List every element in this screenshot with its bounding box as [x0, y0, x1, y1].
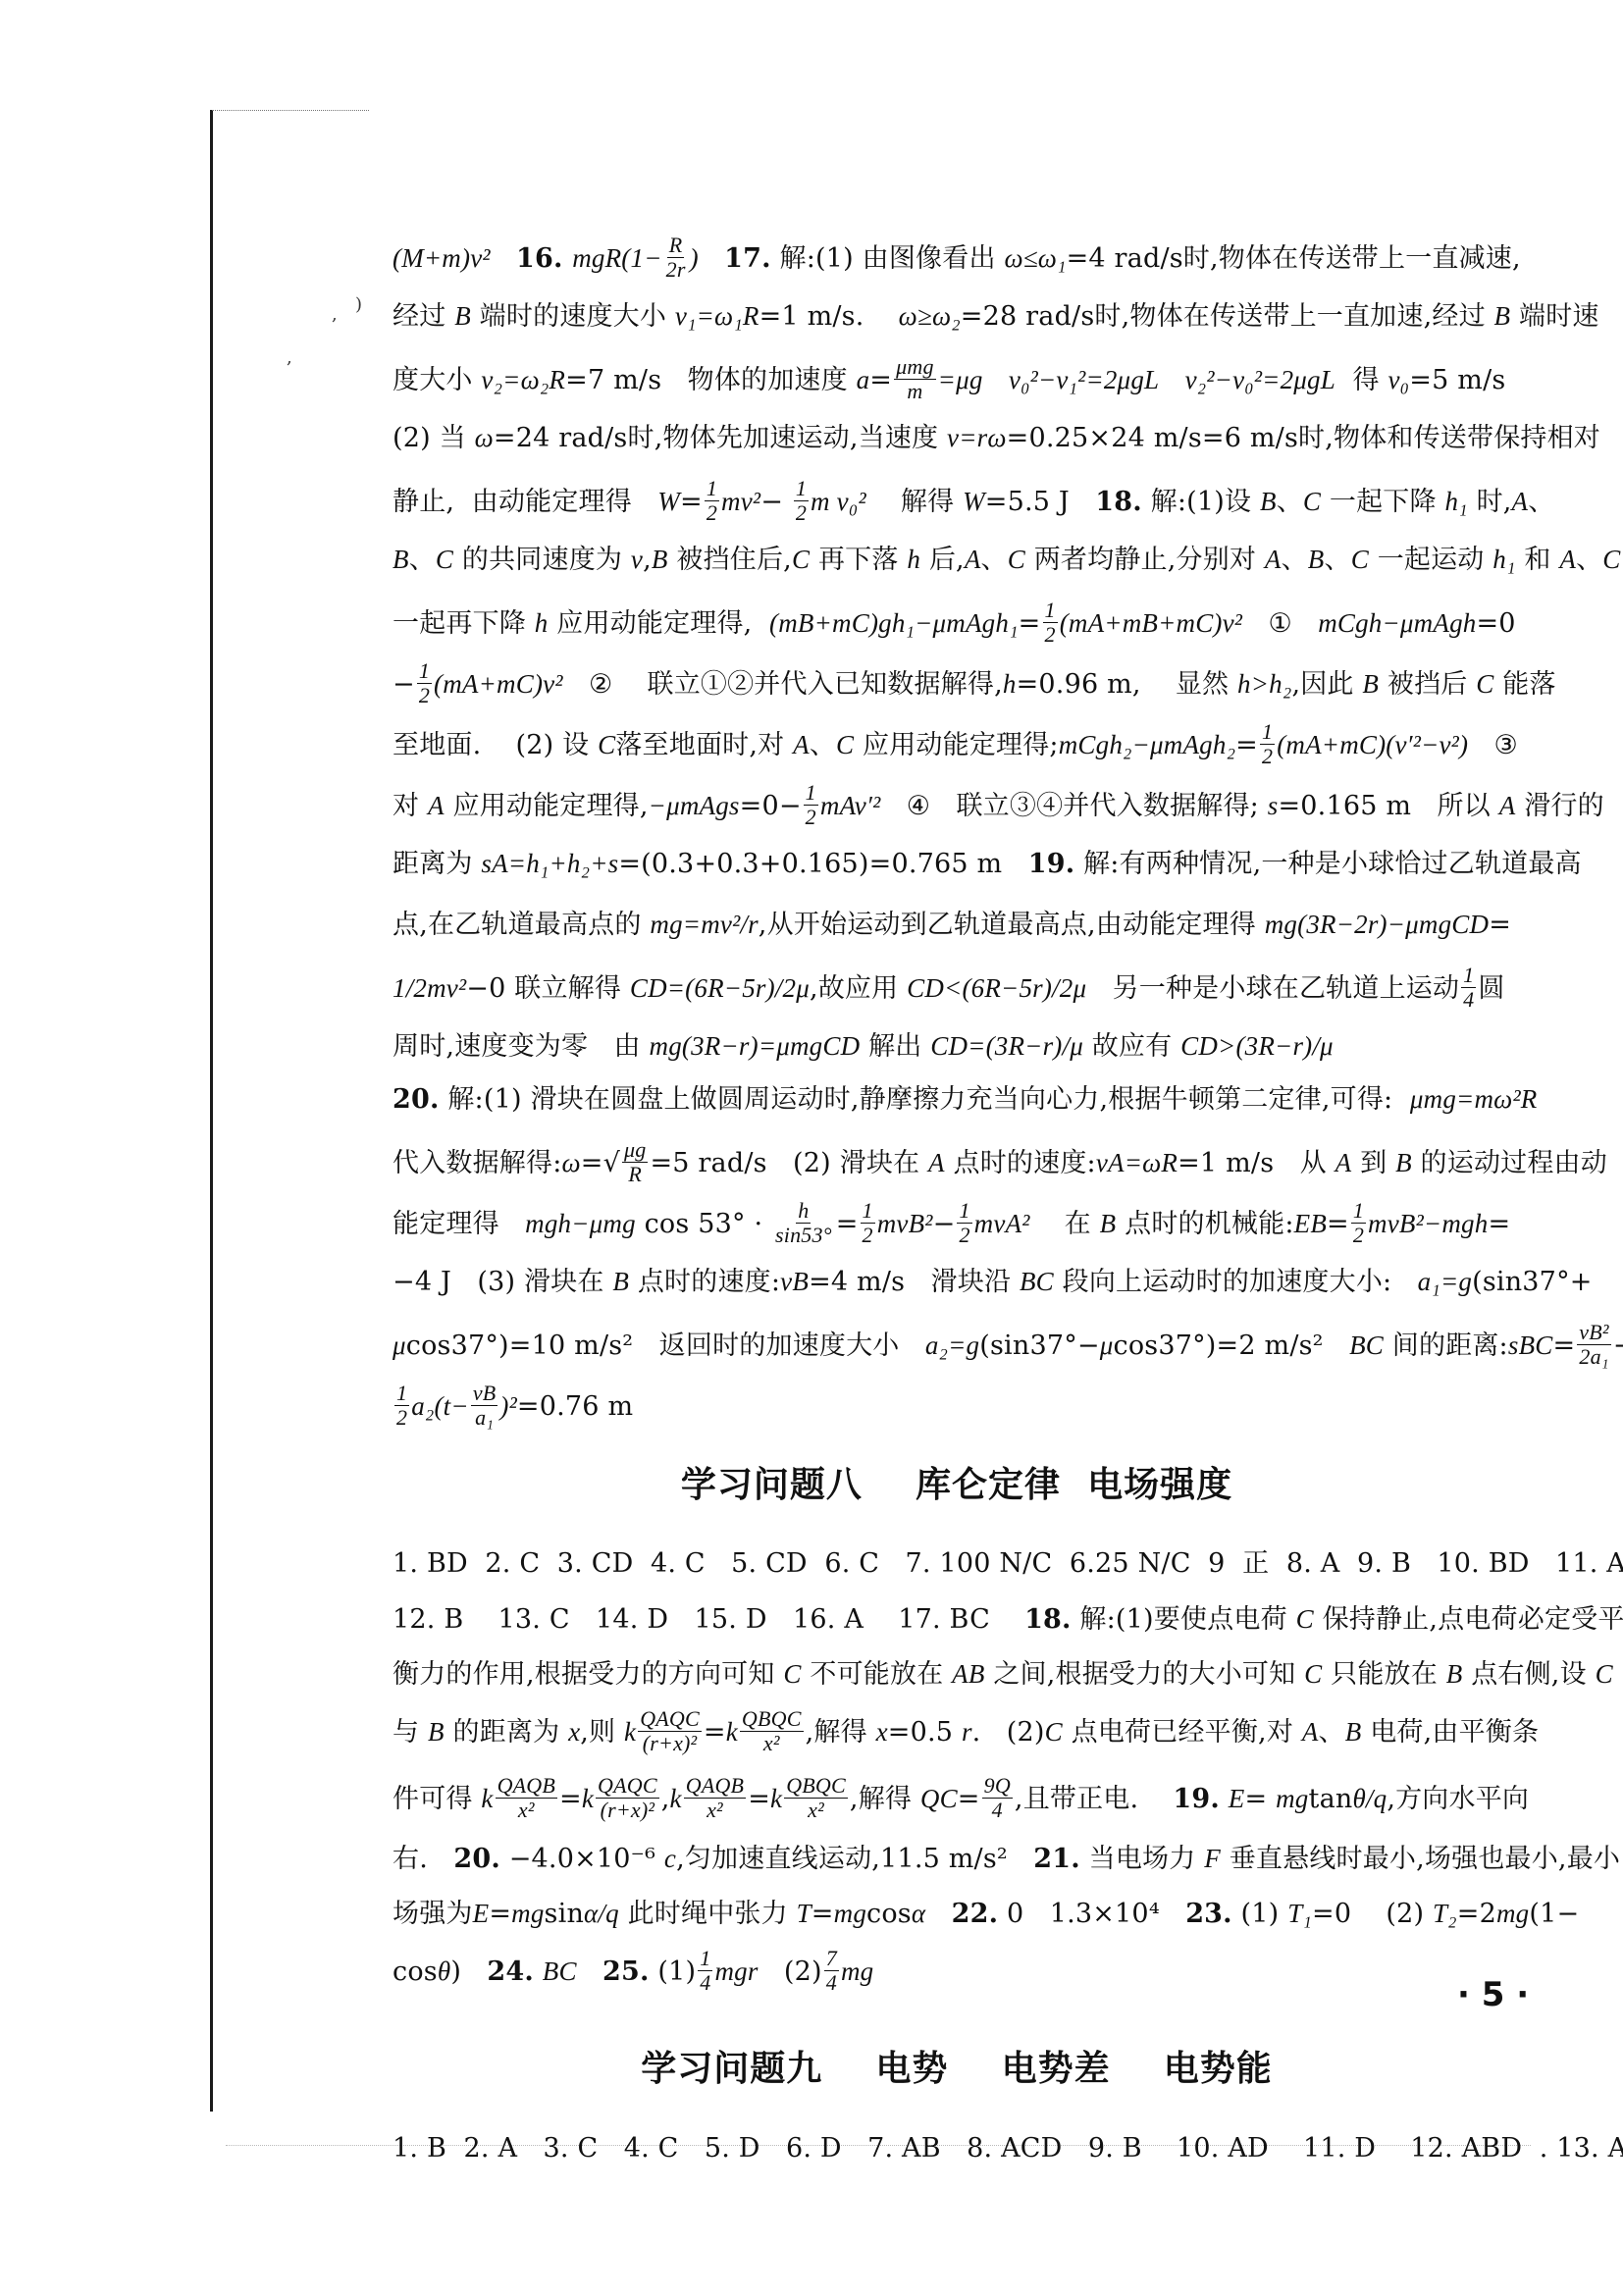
- math-expression: v: [631, 545, 643, 574]
- math-expression: mAv′²: [820, 791, 881, 820]
- math-expression: CD=(6R−5r)/2μ: [630, 973, 810, 1003]
- fraction: 74: [824, 1947, 839, 1995]
- math-expression: sA=h₁+h₂+s: [481, 849, 618, 878]
- text-run: =4 rad/s时,物体在传送带上一直减速,: [1067, 243, 1521, 274]
- text-run: =0 (2): [1312, 1899, 1433, 1929]
- text-run: 被挡后: [1379, 669, 1476, 700]
- math-expression: vB: [780, 1267, 809, 1296]
- math-expression: k: [670, 1784, 682, 1813]
- text-run: 1. BD 2. C 3. CD 4. C 5. CD 6. C 7. 100 …: [393, 1548, 1623, 1579]
- math-expression: r: [962, 1717, 972, 1747]
- math-expression: A: [965, 545, 981, 574]
- text-line: 周时,速度变为零 由 mg(3R−r)=μmgCD 解出 CD=(3R−r)/μ…: [393, 1026, 1334, 1067]
- text-run: [699, 243, 724, 274]
- math-expression: BC: [1020, 1267, 1054, 1296]
- math-expression: B: [1494, 301, 1511, 331]
- text-run: =2: [1457, 1899, 1496, 1929]
- denominator: a₁: [473, 1406, 496, 1430]
- math-expression: k: [726, 1717, 738, 1747]
- math-expression: ): [690, 243, 699, 273]
- fraction: 12: [957, 1199, 971, 1247]
- math-expression: T₂: [1433, 1899, 1457, 1928]
- numerator: R: [667, 234, 685, 258]
- denominator: 2: [804, 806, 818, 829]
- fraction: R2r: [664, 234, 688, 282]
- text-line: 衡力的作用,根据受力的方向可知 C 不可能放在 AB 之间,根据受力的大小可知 …: [393, 1654, 1613, 1695]
- text-line: B、C 的共同速度为 v,B 被挡住后,C 再下落 h 后,A、C 两者均静止,…: [393, 540, 1620, 580]
- math-expression: (mB+mC)gh₁−μmAgh₁: [769, 608, 1019, 638]
- text-line: 距离为 sA=h₁+h₂+s=(0.3+0.3+0.165)=0.765 m 1…: [393, 844, 1582, 884]
- text-run: cos37°)=10 m/s² 返回时的加速度大小: [406, 1331, 925, 1361]
- numerator: QAQB: [684, 1774, 746, 1799]
- math-expression: mvB²−mgh: [1368, 1209, 1488, 1238]
- fraction: vB²2a₁: [1577, 1321, 1610, 1369]
- math-expression: mg: [834, 1899, 866, 1928]
- text-run: ,因此: [1291, 669, 1362, 700]
- text-run: =0.96 m, 显然: [1017, 669, 1237, 700]
- text-run: cos: [866, 1899, 912, 1929]
- math-expression: h₁: [1444, 487, 1467, 516]
- math-expression: C: [1351, 545, 1369, 574]
- text-run: (1): [650, 1957, 697, 1987]
- math-expression: s: [1268, 791, 1279, 820]
- math-expression: B: [1345, 1717, 1362, 1747]
- math-expression: A: [1335, 1148, 1352, 1177]
- math-expression: a₁=g: [1418, 1267, 1472, 1296]
- math-expression: (M+m)v²: [393, 243, 491, 273]
- text-line: 与 B 的距离为 x,则 kQAQC(r+x)²=kQBQCx²,解得 x=0.…: [393, 1709, 1539, 1757]
- text-line: −12(mA+mC)v² ② 联立①②并代入已知数据解得,h=0.96 m, 显…: [393, 661, 1556, 709]
- text-run: 另一种是小球在乙轨道上运动: [1086, 973, 1459, 1004]
- math-expression: CD=(3R−r)/μ: [930, 1031, 1083, 1061]
- fraction: 12: [394, 1382, 409, 1430]
- text-run: 电荷,由平衡条: [1361, 1717, 1539, 1748]
- section-heading: 学习问题九 电势 电势差 电势能: [393, 2041, 1521, 2091]
- math-expression: mvB²: [877, 1209, 933, 1238]
- text-line: 点,在乙轨道最高点的 mg=mv²/r,从开始运动到乙轨道最高点,由动能定理得 …: [393, 905, 1511, 945]
- denominator: 4: [990, 1799, 1005, 1822]
- text-run: cos 53° ·: [636, 1209, 771, 1239]
- text-run: =: [869, 365, 892, 395]
- text-run: 能落: [1494, 669, 1556, 700]
- text-line: 件可得 kQAQBx²=kQAQC(r+x)²,kQAQBx²=kQBQCx²,…: [393, 1776, 1529, 1824]
- math-expression: mgr: [714, 1957, 758, 1986]
- math-expression: QC: [920, 1784, 958, 1813]
- math-expression: a₂(t−: [411, 1391, 469, 1421]
- text-run: 点电荷已经平衡,对: [1063, 1717, 1302, 1748]
- text-line: 12. B 13. C 14. D 15. D 16. A 17. BC 18.…: [393, 1599, 1623, 1640]
- text-run: =4 m/s 滑块沿: [809, 1267, 1020, 1297]
- text-line: 20. 解:(1) 滑块在圆盘上做圆周运动时,静摩擦力充当向心力,根据牛顿第二定…: [393, 1079, 1537, 1120]
- denominator: (r+x)²: [641, 1732, 700, 1755]
- text-run: 应用动能定理得,: [549, 608, 770, 639]
- numerator: 1: [394, 1382, 409, 1406]
- text-run: 件可得: [393, 1784, 481, 1814]
- question-number: 22.: [952, 1899, 999, 1929]
- math-expression: B: [1395, 1148, 1412, 1177]
- text-run: ,从开始运动到乙轨道最高点,由动能定理得: [759, 910, 1265, 940]
- denominator: m: [905, 380, 924, 403]
- section-heading: 学习问题八 库仑定律 电场强度: [393, 1457, 1521, 1507]
- numerator: 1: [957, 1199, 971, 1224]
- math-expression: T: [797, 1899, 811, 1928]
- math-expression: mg=mv²/r: [650, 910, 758, 939]
- math-expression: A: [1559, 545, 1576, 574]
- denominator: sin53°: [773, 1224, 834, 1247]
- denominator: 2: [861, 1224, 875, 1247]
- text-run: 能定理得: [393, 1209, 525, 1239]
- numerator: 9Q: [982, 1774, 1013, 1799]
- text-run: 端时速: [1510, 301, 1598, 332]
- math-expression: sBC: [1508, 1331, 1553, 1360]
- left-margin-rule: [210, 110, 213, 2112]
- math-expression: C: [436, 545, 453, 574]
- text-run: =: [836, 1209, 859, 1239]
- question-number: 20.: [453, 1844, 500, 1874]
- denominator: 2a₁: [1577, 1345, 1610, 1369]
- math-expression: C: [1303, 487, 1321, 516]
- numerator: vB²: [1577, 1321, 1610, 1345]
- fraction: QAQC(r+x)²: [596, 1774, 659, 1822]
- math-expression: F: [1204, 1844, 1221, 1873]
- text-run: 间的距离:: [1384, 1331, 1508, 1361]
- text-run: =: [704, 1717, 726, 1748]
- math-expression: C: [1304, 1659, 1322, 1689]
- text-run: −4.0×10⁻⁶: [500, 1844, 664, 1874]
- math-expression: h: [535, 608, 549, 638]
- math-expression: C: [1602, 545, 1620, 574]
- math-expression: μmg=mω²R: [1410, 1084, 1538, 1114]
- text-run: =0.76 m: [517, 1391, 633, 1422]
- text-run: tan: [1309, 1784, 1353, 1814]
- text-run: ,解得: [850, 1784, 920, 1814]
- math-expression: h₁: [1492, 545, 1515, 574]
- text-run: 周时,速度变为零 由: [393, 1031, 650, 1062]
- text-run: (2): [759, 1957, 822, 1987]
- math-expression: C: [1476, 669, 1493, 699]
- fraction: hsin53°: [773, 1199, 834, 1247]
- numerator: μg: [622, 1138, 648, 1163]
- text-run: (1−: [1529, 1899, 1579, 1929]
- text-run: −4 J (3) 滑块在: [393, 1267, 612, 1297]
- numerator: 1: [1461, 964, 1476, 988]
- math-expression: B: [1308, 545, 1325, 574]
- text-line: 1/2mv²−0 联立解得 CD=(6R−5r)/2μ,故应用 CD<(6R−5…: [393, 965, 1505, 1014]
- text-run: =√: [581, 1148, 620, 1178]
- text-run: 保持静止,点电荷必定受平: [1314, 1604, 1623, 1635]
- fraction: 12: [705, 477, 719, 525]
- numerator: QAQC: [638, 1707, 702, 1732]
- text-run: 垂直悬线时最小,场强也最小,最小: [1221, 1844, 1620, 1874]
- math-expression: B: [393, 545, 409, 574]
- math-expression: C: [836, 730, 854, 759]
- question-number: 21.: [1033, 1844, 1080, 1874]
- numerator: 1: [861, 1199, 875, 1224]
- text-run: 解:(1) 由图像看出: [771, 243, 1005, 274]
- text-run: 再下落: [810, 545, 907, 575]
- math-expression: A: [928, 1148, 945, 1177]
- math-expression: B: [1260, 487, 1277, 516]
- text-run: =: [748, 1784, 770, 1814]
- text-run: [577, 1957, 602, 1987]
- math-expression: h>h₂: [1237, 669, 1291, 699]
- text-run: 圆: [1478, 973, 1504, 1004]
- math-expression: A: [428, 791, 445, 820]
- numerator: 1: [804, 781, 818, 806]
- numerator: μmg: [894, 355, 936, 380]
- denominator: 2: [705, 501, 719, 525]
- denominator: 4: [1461, 988, 1476, 1012]
- text-run: 一起运动: [1369, 545, 1492, 575]
- text-run: 解出: [860, 1031, 930, 1062]
- text-line: −4 J (3) 滑块在 B 点时的速度:vB=4 m/s 滑块沿 BC 段向上…: [393, 1262, 1593, 1302]
- text-run: 、: [1277, 487, 1303, 517]
- text-run: 被挡住后,: [668, 545, 792, 575]
- math-expression: B: [652, 545, 668, 574]
- text-run: 点,在乙轨道最高点的: [393, 910, 650, 940]
- text-run: −: [933, 1209, 956, 1239]
- text-run: cos37°)=2 m/s²: [1114, 1331, 1350, 1361]
- text-run: 到: [1351, 1148, 1395, 1178]
- text-line: 至地面. (2) 设 C落至地面时,对 A、C 应用动能定理得;mCgh₂−μm…: [393, 722, 1518, 770]
- text-run: 场强为: [393, 1899, 473, 1929]
- math-expression: μ: [1100, 1331, 1114, 1360]
- math-expression: T₁: [1287, 1899, 1312, 1928]
- question-number: 25.: [602, 1957, 650, 1987]
- text-run: 点时的速度:: [945, 1148, 1096, 1178]
- math-expression: W: [657, 487, 680, 516]
- math-expression: h: [1003, 669, 1017, 699]
- denominator: 2: [394, 1406, 409, 1430]
- math-expression: C: [792, 545, 810, 574]
- math-expression: v=rω: [947, 423, 1007, 452]
- text-run: ,故应用: [810, 973, 907, 1004]
- text-run: 0 1.3×10⁴: [998, 1899, 1185, 1929]
- text-line: 右. 20. −4.0×10⁻⁶ c,匀加速直线运动,11.5 m/s² 21.…: [393, 1839, 1620, 1879]
- text-line: (2) 当 ω=24 rad/s时,物体先加速运动,当速度 v=rω=0.25×…: [393, 418, 1600, 458]
- math-expression: AB: [952, 1659, 984, 1689]
- numerator: 1: [698, 1947, 712, 1971]
- text-run: 之间,根据受力的大小可知: [985, 1659, 1305, 1690]
- denominator: 2: [1351, 1224, 1366, 1247]
- fraction: μmgm: [894, 355, 936, 403]
- margin-mark: ,: [287, 347, 292, 368]
- math-expression: k: [770, 1784, 782, 1813]
- text-run: [534, 1957, 543, 1987]
- math-expression: mg(3R−r)=μmgCD: [650, 1031, 861, 1061]
- text-run: =: [1552, 1331, 1575, 1361]
- math-expression: B: [1100, 1209, 1117, 1238]
- text-run: =: [559, 1784, 582, 1814]
- text-run: =0−: [740, 791, 802, 821]
- text-run: =5 m/s: [1409, 365, 1505, 395]
- text-line: (M+m)v² 16. mgR(1−R2r) 17. 解:(1) 由图像看出 ω…: [393, 235, 1521, 284]
- math-expression: h: [907, 545, 920, 574]
- text-run: =24 rad/s时,物体先加速运动,当速度: [494, 423, 947, 453]
- text-run: 解:有两种情况,一种是小球恰过乙轨道最高: [1074, 849, 1581, 879]
- text-run: 段向上运动时的加速度大小:: [1054, 1267, 1418, 1297]
- math-expression: B: [612, 1267, 629, 1296]
- question-number: 23.: [1185, 1899, 1232, 1929]
- fraction: 12: [1351, 1199, 1366, 1247]
- denominator: (r+x)²: [599, 1799, 657, 1822]
- text-run: =: [958, 1784, 980, 1814]
- math-expression: v₁=ω₁R: [675, 301, 759, 331]
- fraction: 12: [861, 1199, 875, 1247]
- text-run: =: [489, 1899, 511, 1929]
- text-line: 一起再下降 h 应用动能定理得, (mB+mC)gh₁−μmAgh₁=12(mA…: [393, 600, 1516, 649]
- math-expression: C: [783, 1659, 801, 1689]
- math-expression: C: [1008, 545, 1025, 574]
- text-run: 一起再下降: [393, 608, 535, 639]
- denominator: 2r: [664, 258, 688, 282]
- numerator: 7: [824, 1947, 839, 1971]
- math-expression: mgR(1−: [572, 243, 661, 273]
- margin-mark: ): [355, 294, 362, 315]
- text-run: 得: [1335, 365, 1388, 395]
- numerator: 1: [794, 477, 809, 501]
- text-run: 经过: [393, 301, 454, 332]
- top-scan-dots: [212, 110, 369, 111]
- text-run: =0.25×24 m/s=6 m/s时,物体和传送带保持相对: [1007, 423, 1600, 453]
- denominator: 2: [1043, 623, 1058, 647]
- question-number: 16.: [516, 243, 572, 274]
- text-line: 经过 B 端时的速度大小 v₁=ω₁R=1 m/s. ω≥ω₂=28 rad/s…: [393, 296, 1599, 337]
- math-expression: vA=ωR: [1096, 1148, 1178, 1177]
- math-expression: )²: [499, 1391, 517, 1421]
- math-expression: x: [876, 1717, 888, 1747]
- fraction: μgR: [622, 1138, 648, 1186]
- math-expression: θ: [438, 1957, 450, 1986]
- text-run: [491, 243, 516, 274]
- text-run: =5.5 J: [985, 487, 1096, 517]
- math-expression: A: [1265, 545, 1282, 574]
- text-run: 应用动能定理得,: [445, 791, 649, 821]
- text-run: 静止, 由动能定理得: [393, 487, 657, 517]
- text-run: 解:(1)要使点电荷: [1072, 1604, 1296, 1635]
- math-expression: v₀²−v₁²=2μgL: [1009, 365, 1159, 394]
- text-line: 1. B 2. A 3. C 4. C 5. D 6. D 7. AB 8. A…: [393, 2129, 1623, 2168]
- text-run: 解:(1) 滑块在圆盘上做圆周运动时,静摩擦力充当向心力,根据牛顿第二定律,可得…: [440, 1084, 1410, 1115]
- fraction: 14: [1461, 964, 1476, 1012]
- text-run: 和: [1516, 545, 1560, 575]
- math-expression: B: [454, 301, 471, 331]
- text-run: =: [1019, 608, 1041, 639]
- text-run: −: [760, 487, 792, 517]
- text-run: 、: [981, 545, 1008, 575]
- fraction: QAQBx²: [496, 1774, 557, 1822]
- text-run: 的运动过程由动: [1412, 1148, 1607, 1178]
- text-run: [983, 365, 1009, 395]
- text-line: 12a₂(t−vBa₁)²=0.76 m: [393, 1383, 633, 1432]
- numerator: QAQC: [596, 1774, 659, 1799]
- text-run: 时,: [1468, 487, 1512, 517]
- math-expression: B: [428, 1717, 445, 1747]
- text-run: ,解得: [806, 1717, 876, 1748]
- math-expression: k: [582, 1784, 594, 1813]
- math-expression: −μmAgs: [649, 791, 740, 820]
- question-number: 17.: [724, 243, 771, 274]
- math-expression: α/q: [584, 1899, 619, 1928]
- math-expression: E: [473, 1899, 490, 1928]
- text-run: ② 联立①②并代入已知数据解得,: [563, 669, 1003, 700]
- text-run: 的距离为: [445, 1717, 568, 1748]
- math-expression: mgh−μmg: [525, 1209, 636, 1238]
- math-expression: A: [1302, 1717, 1319, 1747]
- text-line: μcos37°)=10 m/s² 返回时的加速度大小 a₂=g(sin37°−μ…: [393, 1323, 1623, 1371]
- text-run: (sin37°−: [979, 1331, 1100, 1361]
- text-run: 与: [393, 1717, 428, 1748]
- text-line: cosθ) 24. BC 25. (1)14mgr (2)74mg: [393, 1949, 873, 1997]
- text-run: 对: [393, 791, 428, 821]
- math-expression: ω: [562, 1148, 581, 1177]
- denominator: R: [626, 1163, 644, 1186]
- text-run: 不可能放在: [802, 1659, 953, 1690]
- numerator: 1: [417, 659, 432, 684]
- question-number: 24.: [487, 1957, 534, 1987]
- fraction: QAQC(r+x)²: [638, 1707, 702, 1755]
- text-run: −: [1613, 1331, 1623, 1361]
- denominator: 4: [824, 1971, 839, 1995]
- math-expression: C: [598, 730, 615, 759]
- text-run: =: [1327, 1209, 1349, 1239]
- math-expression: v₂²−v₀²=2μgL: [1185, 365, 1335, 394]
- math-expression: C: [1045, 1717, 1063, 1747]
- text-run: =: [680, 487, 703, 517]
- numerator: 1: [1260, 720, 1275, 745]
- math-expression: CD<(6R−5r)/2μ: [907, 973, 1086, 1003]
- math-expression: A: [793, 730, 810, 759]
- text-run: 的共同速度为: [453, 545, 631, 575]
- math-expression: (mA+mC)v²: [434, 669, 563, 699]
- question-number: 19.: [1028, 849, 1075, 879]
- text-run: ,且带正电.: [1015, 1784, 1174, 1814]
- denominator: x²: [761, 1732, 782, 1755]
- fraction: QBQCx²: [740, 1707, 804, 1755]
- fraction: 12: [804, 781, 818, 829]
- text-run: 在: [1030, 1209, 1100, 1239]
- text-run: 、: [1576, 545, 1602, 575]
- math-expression: α: [912, 1899, 925, 1928]
- numerator: QBQC: [740, 1707, 804, 1732]
- text-run: ,匀加速直线运动,11.5 m/s²: [676, 1844, 1033, 1874]
- denominator: 2: [1260, 745, 1275, 768]
- text-run: =: [1488, 1209, 1510, 1239]
- text-run: =(0.3+0.3+0.165)=0.765 m: [618, 849, 1027, 879]
- text-run: [925, 1899, 951, 1929]
- text-run: 衡力的作用,根据受力的方向可知: [393, 1659, 783, 1690]
- text-line: 度大小 v₂=ω₂R=7 m/s 物体的加速度 a=μmgm=μg v₀²−v₁…: [393, 357, 1505, 405]
- fraction: vBa₁: [471, 1382, 498, 1430]
- math-expression: B: [1362, 669, 1379, 699]
- text-run: ③: [1468, 730, 1518, 760]
- text-run: 一起下降: [1321, 487, 1444, 517]
- text-run: 度大小: [393, 365, 481, 395]
- numerator: QBQC: [784, 1774, 848, 1799]
- question-number: 18.: [1095, 487, 1142, 517]
- margin-mark: ,: [332, 304, 338, 325]
- text-run: ④ 联立③④并代入数据解得;: [880, 791, 1267, 821]
- math-expression: mg(3R−2r)−μmgCD: [1265, 910, 1489, 939]
- denominator: 2: [794, 501, 809, 525]
- denominator: x²: [705, 1799, 725, 1822]
- text-run: 解:(1)设: [1142, 487, 1260, 517]
- text-run: 、: [1528, 487, 1554, 517]
- math-expression: μ: [393, 1331, 406, 1360]
- text-run: =: [1489, 910, 1511, 940]
- math-expression: W: [963, 487, 985, 516]
- text-run: =0.5: [888, 1717, 962, 1748]
